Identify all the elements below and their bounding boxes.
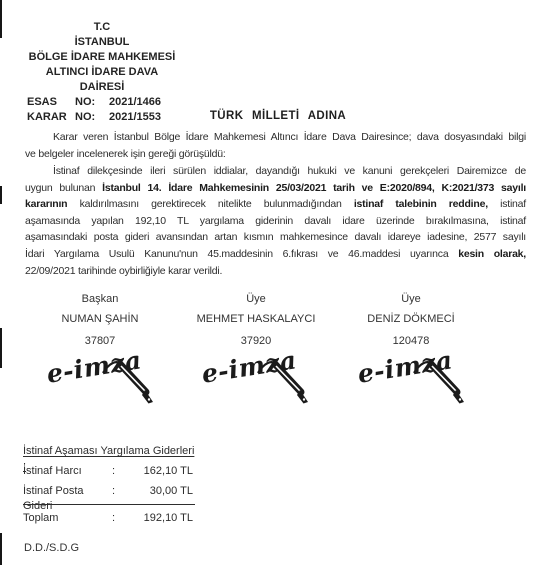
paragraph-line: aşamasındaki posta gideri avansından art… [25,229,526,246]
text-run: istinaf [488,198,526,210]
e-signature-stamp: e-imza [201,351,313,405]
paragraph-line: aşamasında yapılan 192,10 TL yargılama g… [25,213,526,230]
signer-registry-number: 37807 [35,335,165,348]
signer-name: DENİZ DÖKMECİ [346,313,476,326]
scan-artifact [0,328,2,368]
cost-row-total: Toplam : 192,10 TL [23,511,195,528]
signer-registry-number: 120478 [346,335,476,348]
text-run-bold: İstanbul 14. İdare Mahkemesinin 25/03/20… [102,182,526,194]
text-run: kaldırılmasını gerektirecek nitelikte bu… [67,198,353,210]
scan-artifact [0,186,2,204]
cost-label: Toplam [23,511,112,528]
paragraph-line: ve belgeler incelenerek işin gereği görü… [25,146,526,163]
paragraph-line: İdari Yargılama Usulü Kanunu'nun 45.madd… [25,246,526,263]
paragraph-line: uygun bulunan İstanbul 14. İdare Mahkeme… [25,180,526,197]
republic-abbr: T.C [27,20,177,35]
page-title: TÜRK MİLLETİ ADINA [0,110,556,122]
cost-value: 162,10 TL [125,464,193,481]
court-name: BÖLGE İDARE MAHKEMESİ [27,50,177,65]
esas-label: ESAS [27,95,75,110]
text-run: İdari Yargılama Usulü Kanunu'nun 45.madd… [25,248,458,260]
signer-role: Üye [191,293,321,306]
intro-paragraph: Karar veren İstanbul Bölge İdare Mahkeme… [25,129,526,162]
paragraph-line: Karar veren İstanbul Bölge İdare Mahkeme… [25,129,526,146]
decision-paragraph: İstinaf dilekçesinde ileri sürülen iddia… [25,163,526,279]
cost-label: İstinaf Posta Gideri [23,484,112,501]
cost-colon: : [112,511,125,528]
clerk-initials: D.D./S.D.G [24,542,79,554]
text-run-bold: kesin olarak, [458,248,526,260]
signer-column-member-1: Üye MEHMET HASKALAYCI 37920 [191,293,321,348]
cost-row-posta: İstinaf Posta Gideri : 30,00 TL [23,484,195,505]
esas-no: NO: [75,95,109,110]
signer-role: Başkan [35,293,165,306]
paragraph-line: kararının kaldırılmasını gerektirecek ni… [25,196,526,213]
cost-value: 30,00 TL [125,484,193,501]
signer-role: Üye [346,293,476,306]
text-run-bold: istinaf talebinin reddine, [354,198,488,210]
cost-colon: : [112,484,125,501]
text-run-bold: kararının [25,198,67,210]
court-city: İSTANBUL [27,35,177,50]
paragraph-line: İstinaf dilekçesinde ileri sürülen iddia… [25,163,526,180]
scan-artifact [0,0,2,38]
scan-artifact [0,533,2,565]
cost-colon: : [112,464,125,481]
signer-registry-number: 37920 [191,335,321,348]
signer-column-president: Başkan NUMAN ŞAHİN 37807 [35,293,165,348]
e-signature-stamp: e-imza [357,351,469,405]
cost-row-harc: İstinaf Harcı : 162,10 TL [23,464,195,481]
signer-name: MEHMET HASKALAYCI [191,313,321,326]
court-chamber: ALTINCI İDARE DAVA DAİRESİ [27,65,177,95]
signer-name: NUMAN ŞAHİN [35,313,165,326]
scanned-court-decision-page: T.C İSTANBUL BÖLGE İDARE MAHKEMESİ ALTIN… [0,0,556,565]
signer-column-member-2: Üye DENİZ DÖKMECİ 120478 [346,293,476,348]
costs-table: İstinaf Aşaması Yargılama Giderleri : İs… [23,444,195,528]
text-run: uygun bulunan [25,182,102,194]
cost-label: İstinaf Harcı [23,464,112,481]
costs-title: İstinaf Aşaması Yargılama Giderleri : [23,444,195,461]
cost-value: 192,10 TL [125,511,193,528]
esas-value: 2021/1466 [109,95,161,110]
case-number-row: ESAS NO: 2021/1466 [27,95,177,110]
e-signature-stamp: e-imza [46,351,158,405]
paragraph-line: 22/09/2021 tarihinde oybirliğiyle karar … [25,263,526,280]
